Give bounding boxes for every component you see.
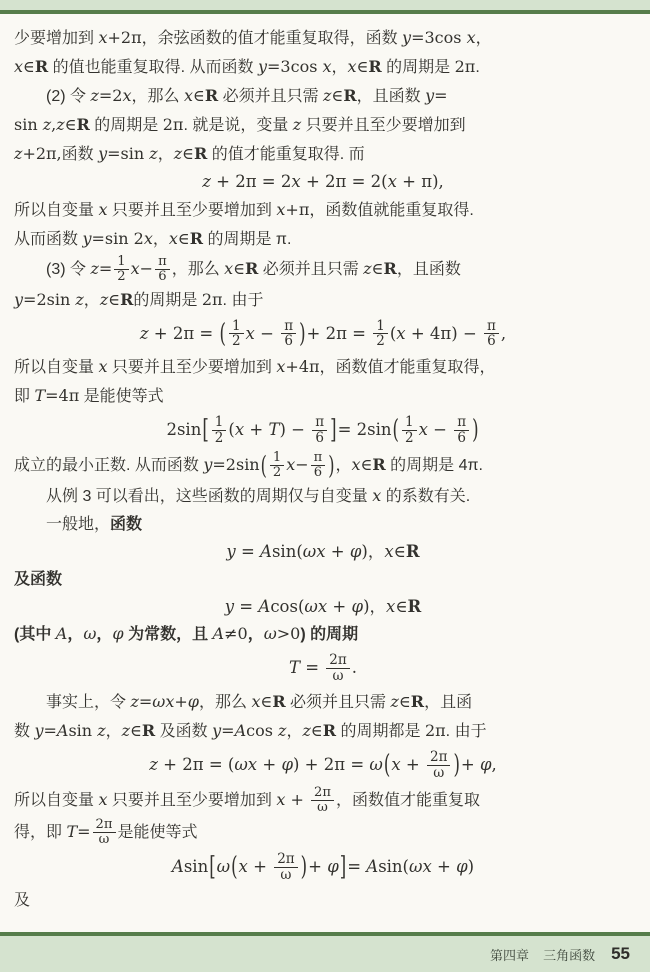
math-roman: + [285, 790, 309, 809]
math-italic: ω [217, 857, 230, 876]
math-italic: z [391, 692, 399, 711]
math-roman: sin [14, 115, 43, 134]
fraction: 2πω [93, 818, 116, 848]
cn-text: 只要并且至少要增加到 [301, 117, 465, 134]
cn-text: ， [336, 457, 352, 474]
set-R-symbol: R [411, 692, 424, 711]
cn-text: ， [84, 292, 100, 309]
cn-bold-text: ， [248, 626, 264, 643]
math-italic: x [391, 755, 400, 774]
math-italic: z [90, 259, 98, 278]
cn-text: ，且函数 [357, 88, 425, 105]
math-italic: ω [264, 624, 277, 643]
footer-page-number: 55 [611, 944, 630, 964]
math-italic: φ [188, 692, 199, 711]
math-italic: ωx [303, 542, 326, 561]
math-italic: x [235, 420, 244, 439]
cn-text: 及 [14, 892, 30, 909]
cn-bold-text: ) 的周期 [300, 626, 358, 643]
fraction-numerator: π [484, 319, 499, 335]
set-R-symbol: R [272, 692, 285, 711]
formula: z + 2π = 2x + 2π = 2(x + π), [14, 172, 632, 193]
text-line: 成立的最小正数. 从而函数 y=2sin(12x−π6)，x∈R 的周期是 4π… [14, 450, 632, 482]
math-italic: A [56, 624, 68, 643]
cn-text: . 由于 [446, 723, 487, 740]
big-delimiter: ) [472, 414, 478, 447]
set-R-symbol: R [205, 86, 218, 105]
fraction-denominator: 6 [312, 431, 327, 446]
math-roman: , [501, 323, 506, 342]
top-margin-band [0, 0, 650, 10]
text-line: 及函数 [14, 566, 632, 594]
big-delimiter: ) [301, 851, 307, 884]
set-R-symbol: R [77, 115, 90, 134]
math-italic: z [363, 259, 371, 278]
text-line: (2) 令 z=2x，那么 x∈R 必须并且只需 z∈R，且函数 y= [14, 82, 632, 111]
math-roman: cos [246, 721, 278, 740]
math-roman: ∈ [182, 144, 194, 163]
fraction: 2πω [326, 653, 349, 684]
math-roman: = [99, 259, 112, 278]
math-roman: ∈ [130, 721, 142, 740]
set-R-symbol: R [406, 542, 420, 561]
fraction-numerator: π [312, 415, 327, 431]
math-roman: ∈ [233, 259, 245, 278]
math-roman: ∈ [108, 290, 120, 309]
math-italic: x [246, 323, 255, 342]
math-italic: z [202, 172, 211, 191]
math-roman: 2π [202, 290, 223, 309]
math-roman: ∈ [260, 692, 272, 711]
math-italic: ω [83, 624, 96, 643]
fraction-numerator: 2π [311, 786, 334, 801]
cn-text: 得，即 [14, 824, 66, 841]
fraction-denominator: 6 [281, 334, 296, 349]
math-italic: x [286, 455, 295, 474]
fraction-denominator: ω [277, 868, 294, 883]
math-roman: )， [363, 597, 386, 616]
math-italic: φ [281, 755, 293, 774]
fraction: π6 [312, 415, 327, 446]
math-italic: y [34, 721, 43, 740]
big-delimiter: ( [261, 444, 267, 489]
math-italic: x [386, 597, 395, 616]
math-italic: φ [112, 624, 123, 643]
math-italic: y [402, 28, 411, 47]
math-italic: y [98, 144, 107, 163]
math-italic: x [419, 420, 428, 439]
cn-text: ，函数值才能重复取得， [320, 359, 496, 376]
cn-bold-text: 函数 [110, 516, 142, 533]
cn-text: 是能使等式 [118, 824, 198, 841]
math-roman: +π [285, 200, 309, 219]
cn-text: 所以自变量 [14, 792, 98, 809]
math-roman: − [428, 420, 452, 439]
math-italic: y [212, 721, 221, 740]
cn-text: 及函数 [155, 723, 212, 740]
cn-text: 的周期是 π. [203, 231, 291, 248]
fraction: 12 [229, 319, 244, 350]
text-line: 所以自变量 x 只要并且至少要增加到 x+π，函数值就能重复取得. [14, 196, 632, 225]
math-italic: A [57, 721, 69, 740]
math-roman: + [327, 597, 351, 616]
math-italic: x [348, 57, 357, 76]
math-italic: z [100, 290, 108, 309]
math-italic: T [289, 658, 300, 677]
math-roman: ≠0 [224, 624, 248, 643]
fraction-denominator: ω [314, 801, 331, 815]
fraction: 2πω [274, 852, 297, 883]
cn-text: 少要增加到 [14, 30, 98, 47]
fraction-denominator: 6 [155, 270, 169, 284]
math-italic: A [366, 857, 378, 876]
cn-text: ， [286, 723, 302, 740]
cn-bold-text: 及函数 [14, 571, 62, 588]
math-italic: A [258, 597, 270, 616]
math-roman: ) + 2π = [293, 755, 369, 774]
math-roman: − [255, 323, 279, 342]
math-italic: A [213, 624, 225, 643]
formula: y = Acos(ωx + φ)，x∈R [14, 597, 632, 618]
fraction: 12 [114, 255, 128, 285]
cn-text: 所以自变量 [14, 359, 98, 376]
fraction-numerator: 1 [229, 319, 244, 335]
cn-text: ，函数值就能重复取得. [309, 202, 473, 219]
text-line: z+2π,函数 y=sin z，z∈R 的值才能重复取得. 而 [14, 140, 632, 169]
text-line: 及 [14, 887, 632, 915]
math-roman: cos( [270, 597, 304, 616]
set-R-symbol: R [142, 721, 155, 740]
math-italic: ωx [409, 857, 432, 876]
math-roman: + [174, 692, 187, 711]
fraction-denominator: 2 [270, 466, 284, 480]
math-italic: T [66, 822, 77, 841]
fraction-denominator: 2 [402, 431, 417, 446]
text-line: 从例 3 可以看出，这些函数的周期仅与自变量 x 的系数有关. [14, 482, 632, 511]
fraction: 12 [402, 415, 417, 446]
big-delimiter: ] [330, 414, 336, 447]
math-italic: x [224, 259, 233, 278]
set-R-symbol: R [372, 455, 385, 474]
text-line: y=2sin z，z∈R的周期是 2π. 由于 [14, 286, 632, 315]
math-roman: sin [68, 721, 97, 740]
cn-text: ， [476, 30, 492, 47]
math-roman: ) − [279, 420, 310, 439]
math-italic: y [226, 542, 235, 561]
math-italic: x [184, 86, 193, 105]
text-line: 所以自变量 x 只要并且至少要增加到 x + 2πω，函数值才能重复取 [14, 785, 632, 817]
text-line: 从而函数 y=sin 2x，x∈R 的周期是 π. [14, 225, 632, 254]
math-roman: = [77, 822, 90, 841]
cn-text: ，余弦函数的值才能重复取得，函数 [142, 30, 402, 47]
math-roman: 2sin [166, 420, 201, 439]
math-italic: x [323, 57, 332, 76]
text-line: 所以自变量 x 只要并且至少要增加到 x+4π，函数值才能重复取得， [14, 353, 632, 382]
math-roman: + [308, 857, 327, 876]
math-roman: ) [468, 857, 474, 876]
math-roman: ∈ [399, 692, 411, 711]
math-roman: =2sin [212, 455, 259, 474]
page-body: 少要增加到 x+2π，余弦函数的值才能重复取得，函数 y=3cos x，x∈R … [0, 14, 650, 932]
math-roman: ∈ [394, 542, 406, 561]
math-italic: z [97, 721, 105, 740]
math-italic: y [82, 229, 91, 248]
fraction-denominator: 6 [454, 431, 469, 446]
cn-text: ， [153, 231, 169, 248]
cn-bold-text: (其中 [14, 626, 56, 643]
fraction-numerator: 1 [373, 319, 388, 335]
cn-text: . 由于 [223, 292, 264, 309]
math-italic: ωx [304, 597, 327, 616]
fraction-numerator: π [311, 451, 326, 466]
math-roman: =2sin [23, 290, 75, 309]
cn-text: ，那么 [172, 261, 224, 278]
cn-text: 的周期是 [382, 59, 455, 76]
cn-text: 只要并且至少要增加到 [107, 792, 276, 809]
cn-text: ，且函 [424, 694, 472, 711]
math-roman: + 2π = [149, 323, 219, 342]
math-roman: 2π [425, 721, 446, 740]
textbook-page: 少要增加到 x+2π，余弦函数的值才能重复取得，函数 y=3cos x，x∈R … [0, 0, 650, 972]
math-roman: ∈ [178, 229, 190, 248]
cn-bold-text: 为常数，且 [124, 626, 213, 643]
math-italic: φ [327, 857, 339, 876]
math-roman: ∈ [193, 86, 205, 105]
cn-bold-text: ， [67, 626, 83, 643]
math-roman: = [300, 658, 324, 677]
math-roman: =2 [99, 86, 123, 105]
math-italic: x [122, 86, 131, 105]
math-roman: + [401, 755, 425, 774]
cn-text: 的系数有关. [381, 488, 470, 505]
math-roman: )， [361, 542, 384, 561]
math-roman: + [257, 755, 281, 774]
math-roman: = [44, 721, 57, 740]
math-roman: = [434, 86, 447, 105]
math-italic: ω [369, 755, 382, 774]
cn-text: 只要并且至少要增加到 [107, 359, 276, 376]
fraction: 2πω [427, 750, 450, 781]
math-roman: + [248, 857, 272, 876]
fraction-denominator: ω [96, 833, 113, 847]
math-italic: x [352, 455, 361, 474]
fraction-numerator: π [155, 255, 170, 270]
fraction-denominator: 2 [114, 270, 128, 284]
formula: 2sin[12(x + T) − π6]= 2sin(12x − π6) [14, 414, 632, 447]
big-delimiter: [ [202, 414, 208, 447]
math-roman: + 2π = 2 [211, 172, 291, 191]
math-italic: A [235, 721, 247, 740]
math-italic: y [14, 290, 23, 309]
text-line: (3) 令 z=12x−π6，那么 x∈R 必须并且只需 z∈R，且函数 [14, 254, 632, 286]
math-roman: >0 [277, 624, 301, 643]
text-line: (其中 A，ω，φ 为常数，且 A≠0，ω>0) 的周期 [14, 620, 632, 649]
set-R-symbol: R [120, 290, 133, 309]
cn-text: 的周期是 [90, 117, 163, 134]
cn-text: ， [106, 723, 122, 740]
formula: Asin[ω(x + 2πω)+ φ]= Asin(ωx + φ) [14, 851, 632, 884]
set-R-symbol: R [190, 229, 203, 248]
fraction-numerator: 1 [402, 415, 417, 431]
math-italic: z [75, 290, 83, 309]
fraction-denominator: 2 [212, 431, 227, 446]
fraction: 12 [373, 319, 388, 350]
math-italic: x [131, 259, 140, 278]
math-italic: z [140, 323, 149, 342]
math-italic: x [388, 172, 397, 191]
big-delimiter: ( [231, 851, 237, 884]
fraction: 2πω [311, 786, 334, 816]
fraction-denominator: 2 [229, 334, 244, 349]
cn-text: 只要并且至少要增加到 [107, 202, 276, 219]
math-roman: = [236, 542, 260, 561]
text-line: 少要增加到 x+2π，余弦函数的值才能重复取得，函数 y=3cos x， [14, 24, 632, 53]
math-italic: φ [480, 755, 492, 774]
math-roman: ∈ [23, 57, 35, 76]
fraction-numerator: 1 [212, 415, 227, 431]
big-delimiter: ) [453, 749, 459, 782]
math-roman: − [295, 455, 308, 474]
math-italic: A [172, 857, 184, 876]
math-roman: 2π [163, 115, 184, 134]
cn-text: 的周期是 [133, 292, 201, 309]
set-R-symbol: R [35, 57, 48, 76]
cn-text: (2) 令 [46, 88, 90, 105]
fraction-numerator: 1 [270, 451, 284, 466]
cn-text: ，那么 [199, 694, 251, 711]
set-R-symbol: R [245, 259, 258, 278]
math-roman: − [140, 259, 153, 278]
cn-text: ， [332, 59, 348, 76]
big-delimiter: ( [393, 414, 399, 447]
math-roman: + 4π) − [406, 323, 482, 342]
fraction: π6 [484, 319, 499, 350]
cn-text: 的值也能重复取得. 从而函数 [48, 59, 258, 76]
fraction: π6 [155, 255, 170, 285]
math-roman: +4π [285, 357, 319, 376]
math-italic: x [396, 323, 405, 342]
math-italic: T [34, 386, 45, 405]
formula: z + 2π = (ωx + φ) + 2π = ω(x + 2πω)+ φ, [14, 749, 632, 782]
cn-text: 即 [14, 388, 34, 405]
set-R-symbol: R [194, 144, 207, 163]
cn-text: 是能使等式 [79, 388, 163, 405]
cn-bold-text: ， [96, 626, 112, 643]
math-roman: ∈ [357, 57, 369, 76]
page-footer: 第四章 三角函数 55 [0, 932, 650, 972]
cn-text: (3) 令 [46, 261, 90, 278]
math-roman: = [221, 721, 234, 740]
cn-text: 必须并且只需 [218, 88, 323, 105]
footer-section-label: 三角函数 [543, 945, 595, 964]
math-italic: φ [352, 597, 364, 616]
footer-band: 第四章 三角函数 55 [0, 936, 650, 972]
cn-text: 从而函数 [14, 231, 82, 248]
cn-text: 一般地， [46, 516, 110, 533]
math-italic: z [149, 755, 158, 774]
math-roman: + π), [397, 172, 444, 191]
math-roman: + [244, 420, 268, 439]
math-roman: = [139, 692, 152, 711]
fraction: 12 [270, 451, 284, 481]
math-roman: =sin 2 [92, 229, 144, 248]
math-italic: z [90, 86, 98, 105]
fraction: π6 [281, 319, 296, 350]
fraction-denominator: 2 [373, 334, 388, 349]
fraction-numerator: π [281, 319, 296, 335]
math-italic: z [174, 144, 182, 163]
math-roman: + 2π = [307, 323, 372, 342]
big-delimiter: ) [328, 444, 334, 489]
cn-text: 的周期都是 [336, 723, 425, 740]
big-delimiter: ) [299, 317, 305, 350]
set-R-symbol: R [323, 721, 336, 740]
set-R-symbol: R [384, 259, 397, 278]
fraction-numerator: 2π [274, 852, 297, 868]
math-italic: T [268, 420, 279, 439]
math-roman: ∈ [65, 115, 77, 134]
math-roman: +2π, [22, 144, 61, 163]
math-roman: 2π [455, 57, 476, 76]
text-line: 数 y=Asin z，z∈R 及函数 y=Acos z，z∈R 的周期都是 2π… [14, 717, 632, 746]
cn-text: ， [158, 146, 174, 163]
math-italic: y [258, 57, 267, 76]
math-italic: z [122, 721, 130, 740]
formula: z + 2π = (12x − π6)+ 2π = 12(x + 4π) − π… [14, 318, 632, 351]
math-roman: , [492, 755, 497, 774]
math-roman: sin( [272, 542, 303, 561]
big-delimiter: [ [209, 851, 215, 884]
big-delimiter: ] [340, 851, 346, 884]
text-line: 即 T=4π 是能使等式 [14, 382, 632, 411]
math-italic: y [225, 597, 234, 616]
big-delimiter: ( [384, 749, 390, 782]
cn-text: 从例 3 可以看出，这些函数的周期仅与自变量 [46, 488, 372, 505]
math-italic: x [384, 542, 393, 561]
cn-text: 必须并且只需 [286, 694, 391, 711]
fraction: π6 [311, 451, 326, 481]
math-italic: x [169, 229, 178, 248]
math-italic: φ [456, 857, 468, 876]
fraction-denominator: 6 [311, 466, 325, 480]
fraction: 12 [212, 415, 227, 446]
cn-text: 所以自变量 [14, 202, 98, 219]
formula: T = 2πω. [14, 652, 632, 685]
cn-text: 必须并且只需 [258, 261, 363, 278]
math-italic: x [144, 229, 153, 248]
fraction-numerator: 2π [427, 750, 450, 766]
text-line: 得，即 T=2πω是能使等式 [14, 817, 632, 849]
formula: y = Asin(ωx + φ)，x∈R [14, 542, 632, 563]
math-italic: ωx [234, 755, 257, 774]
math-roman: + [461, 755, 480, 774]
math-roman: sin( [378, 857, 409, 876]
math-italic: A [260, 542, 272, 561]
math-roman: + 2π = 2( [301, 172, 388, 191]
math-roman: . [352, 658, 357, 677]
math-italic: x [372, 486, 381, 505]
set-R-symbol: R [343, 86, 356, 105]
cn-text: ，函数值才能重复取 [336, 792, 480, 809]
math-roman: + [432, 857, 456, 876]
math-italic: y [425, 86, 434, 105]
math-italic: x [239, 857, 248, 876]
cn-text: 的值才能重复取得. 而 [207, 146, 364, 163]
math-italic: z [56, 115, 64, 134]
cn-text: ，那么 [132, 88, 184, 105]
cn-text: . 就是说，变量 [183, 117, 292, 134]
math-roman: +2π [107, 28, 141, 47]
